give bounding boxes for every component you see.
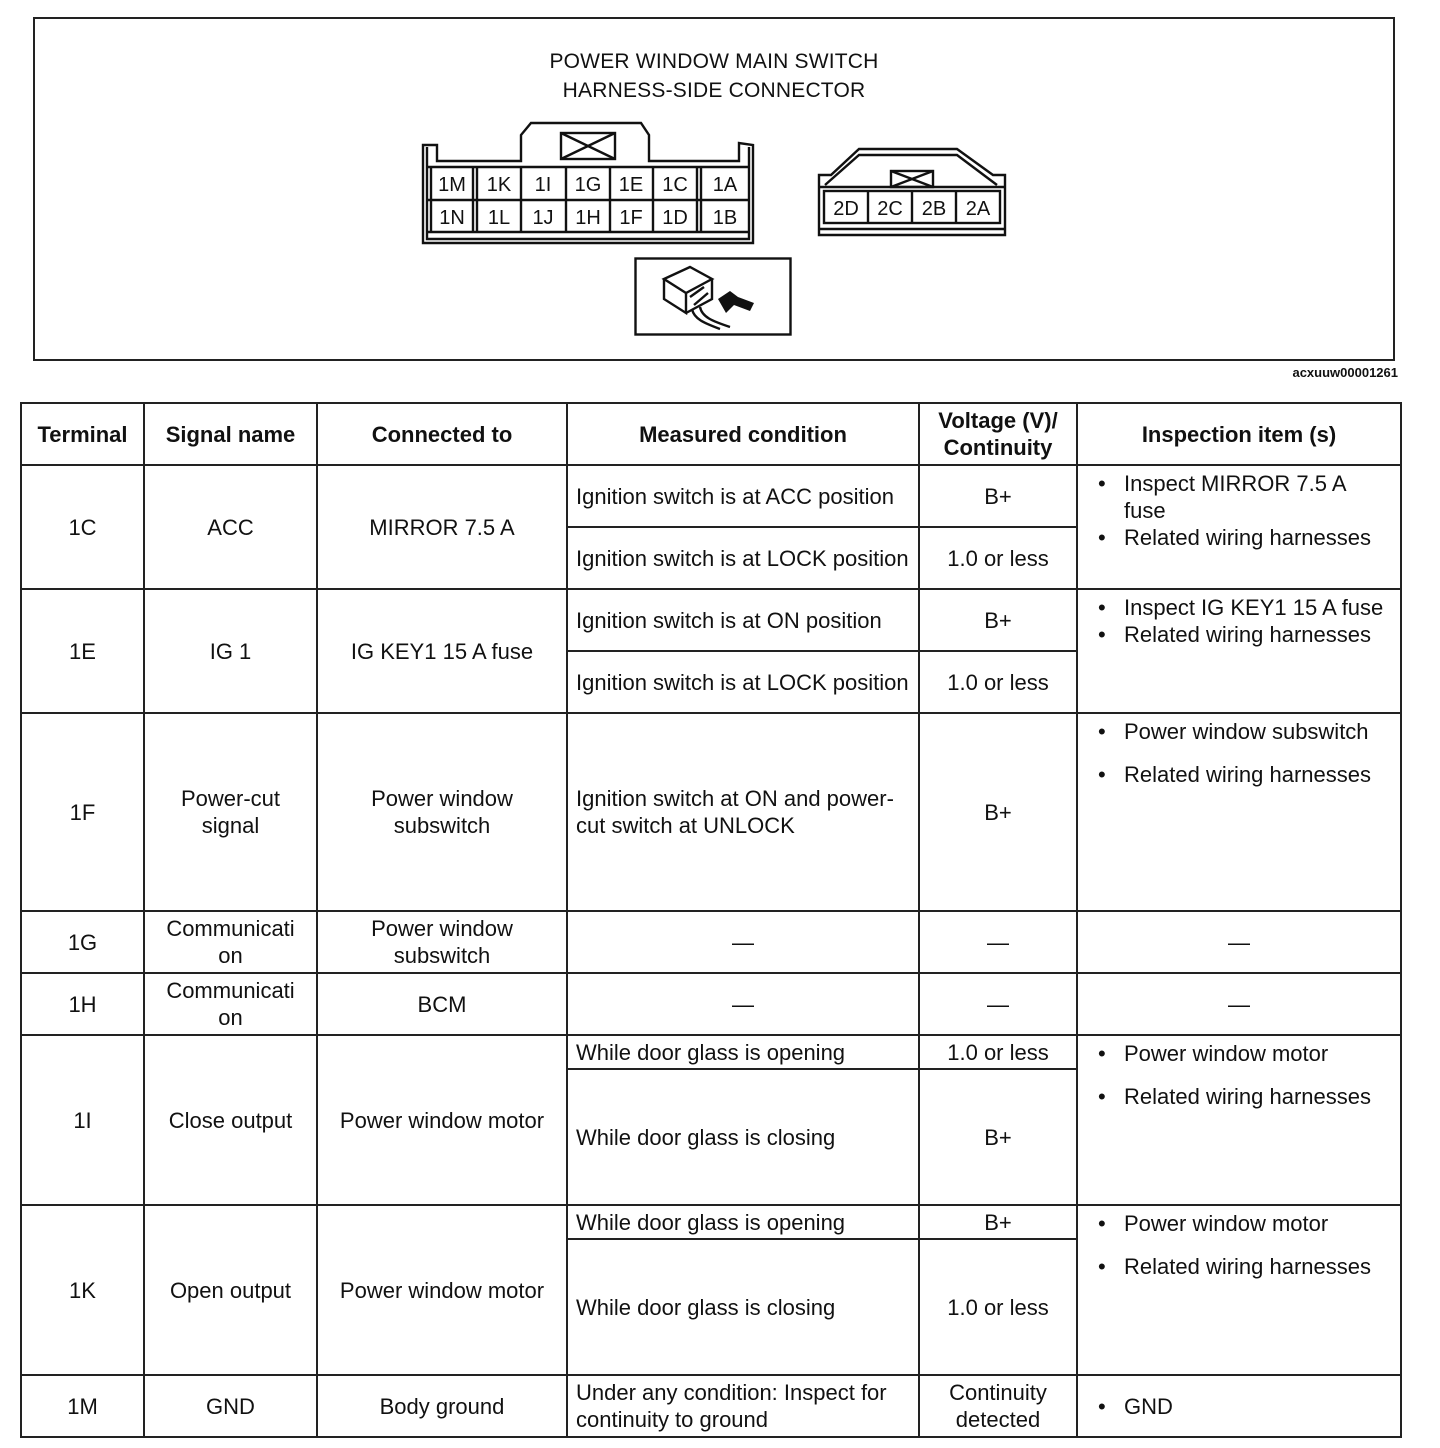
terminal-cell: 1F [21,713,144,911]
pin-label: 2A [966,198,991,220]
pin-label: 1J [532,207,553,229]
inspection-item: Related wiring harnesses [1086,1083,1392,1110]
pin-label: 1E [619,174,643,196]
condition-cell: While door glass is opening [567,1205,919,1239]
pin-label: 1C [662,174,688,196]
value-cell: B+ [919,1205,1077,1239]
signal-cell: ACC [144,465,317,589]
value-cell: 1.0 or less [919,651,1077,713]
inspection-item: Inspect IG KEY1 15 A fuse [1086,594,1392,621]
terminal-cell: 1E [21,589,144,713]
connected-cell: IG KEY1 15 A fuse [317,589,567,713]
signal-cell: Communicati on [144,973,317,1035]
header-inspection-items: Inspection item (s) [1077,403,1401,465]
condition-cell: — [567,973,919,1035]
inspection-item: Related wiring harnesses [1086,524,1392,551]
pin-label: 1L [488,207,510,229]
pin-label: 1A [713,174,738,196]
connected-cell: Power window subswitch [317,911,567,973]
sub-connector-diagram: 2D2C2B2A [817,145,1017,240]
pin-label: 1D [662,207,688,229]
connected-cell: BCM [317,973,567,1035]
header-terminal: Terminal [21,403,144,465]
pin-label: 1I [535,174,552,196]
connected-cell: Power window subswitch [317,713,567,911]
pin-label: 2C [877,198,903,220]
inspection-item: Related wiring harnesses [1086,1253,1392,1280]
signal-cell: Power-cut signal [144,713,317,911]
value-cell: 1.0 or less [919,1035,1077,1069]
table-row: 1M GND Body ground Under any condition: … [21,1375,1401,1437]
signal-cell: GND [144,1375,317,1437]
terminal-spec-table: Terminal Signal name Connected to Measur… [20,402,1402,1438]
header-signal-name: Signal name [144,403,317,465]
pin-label: 1B [713,207,737,229]
terminal-cell: 1C [21,465,144,589]
condition-cell: Ignition switch is at LOCK position [567,527,919,589]
condition-cell: — [567,911,919,973]
inspection-item: Inspect MIRROR 7.5 A fuse [1086,470,1392,524]
pin-label: 2B [922,198,946,220]
connected-cell: Body ground [317,1375,567,1437]
inspection-item: Power window motor [1086,1210,1392,1237]
value-cell: 1.0 or less [919,1239,1077,1375]
terminal-cell: 1K [21,1205,144,1375]
condition-cell: Ignition switch is at ON position [567,589,919,651]
table-row: 1F Power-cut signal Power window subswit… [21,713,1401,911]
value-cell: B+ [919,1069,1077,1205]
figure-title: POWER WINDOW MAIN SWITCH HARNESS-SIDE CO… [35,47,1393,105]
connected-cell: Power window motor [317,1205,567,1375]
table-header-row: Terminal Signal name Connected to Measur… [21,403,1401,465]
table-row: 1K Open output Power window motor While … [21,1205,1401,1239]
signal-cell: Communicati on [144,911,317,973]
value-cell: 1.0 or less [919,527,1077,589]
value-cell: Continuity detected [919,1375,1077,1437]
figure-id: acxuuw00001261 [1292,365,1398,380]
value-cell: B+ [919,713,1077,911]
inspection-item: Related wiring harnesses [1086,761,1392,788]
terminal-cell: 1M [21,1375,144,1437]
value-cell: B+ [919,589,1077,651]
table-row: 1I Close output Power window motor While… [21,1035,1401,1069]
signal-cell: IG 1 [144,589,317,713]
inspection-cell: Power window motorRelated wiring harness… [1077,1205,1401,1375]
signal-cell: Open output [144,1205,317,1375]
connected-cell: Power window motor [317,1035,567,1205]
value-cell: B+ [919,465,1077,527]
pin-label: 1M [438,174,466,196]
condition-cell: While door glass is closing [567,1239,919,1375]
pin-label: 1H [575,207,601,229]
figure-title-line-2: HARNESS-SIDE CONNECTOR [35,76,1393,105]
header-connected-to: Connected to [317,403,567,465]
inspection-item: Power window subswitch [1086,718,1392,745]
pin-label: 2D [833,198,859,220]
value-cell: — [919,911,1077,973]
value-cell: — [919,973,1077,1035]
condition-cell: Ignition switch at ON and power-cut swit… [567,713,919,911]
pin-label: 1F [619,207,642,229]
inspection-item: Power window motor [1086,1040,1392,1067]
pin-label: 1K [487,174,512,196]
connector-figure: POWER WINDOW MAIN SWITCH HARNESS-SIDE CO… [33,17,1395,361]
condition-cell: Under any condition: Inspect for continu… [567,1375,919,1437]
pin-label: 1N [439,207,465,229]
header-voltage-continuity: Voltage (V)/ Continuity [919,403,1077,465]
condition-cell: While door glass is opening [567,1035,919,1069]
inspection-cell: — [1077,973,1401,1035]
main-connector-diagram: 1M1K1I1G1E1C1A1N1L1J1H1F1D1B [421,115,761,250]
signal-cell: Close output [144,1035,317,1205]
harness-side-view-arrow-icon [634,257,792,337]
condition-cell: Ignition switch is at LOCK position [567,651,919,713]
inspection-item: GND [1086,1393,1392,1420]
inspection-cell: GND [1077,1375,1401,1437]
terminal-cell: 1G [21,911,144,973]
condition-cell: Ignition switch is at ACC position [567,465,919,527]
table-row: 1G Communicati on Power window subswitch… [21,911,1401,973]
inspection-cell: Inspect IG KEY1 15 A fuseRelated wiring … [1077,589,1401,713]
inspection-cell: — [1077,911,1401,973]
figure-title-line-1: POWER WINDOW MAIN SWITCH [35,47,1393,76]
table-row: 1H Communicati on BCM — — — [21,973,1401,1035]
connected-cell: MIRROR 7.5 A [317,465,567,589]
inspection-cell: Power window subswitchRelated wiring har… [1077,713,1401,911]
header-measured-condition: Measured condition [567,403,919,465]
terminal-cell: 1H [21,973,144,1035]
terminal-cell: 1I [21,1035,144,1205]
inspection-cell: Power window motorRelated wiring harness… [1077,1035,1401,1205]
condition-cell: While door glass is closing [567,1069,919,1205]
inspection-item: Related wiring harnesses [1086,621,1392,648]
inspection-cell: Inspect MIRROR 7.5 A fuseRelated wiring … [1077,465,1401,589]
table-row: 1E IG 1 IG KEY1 15 A fuse Ignition switc… [21,589,1401,651]
table-row: 1C ACC MIRROR 7.5 A Ignition switch is a… [21,465,1401,527]
pin-label: 1G [575,174,602,196]
